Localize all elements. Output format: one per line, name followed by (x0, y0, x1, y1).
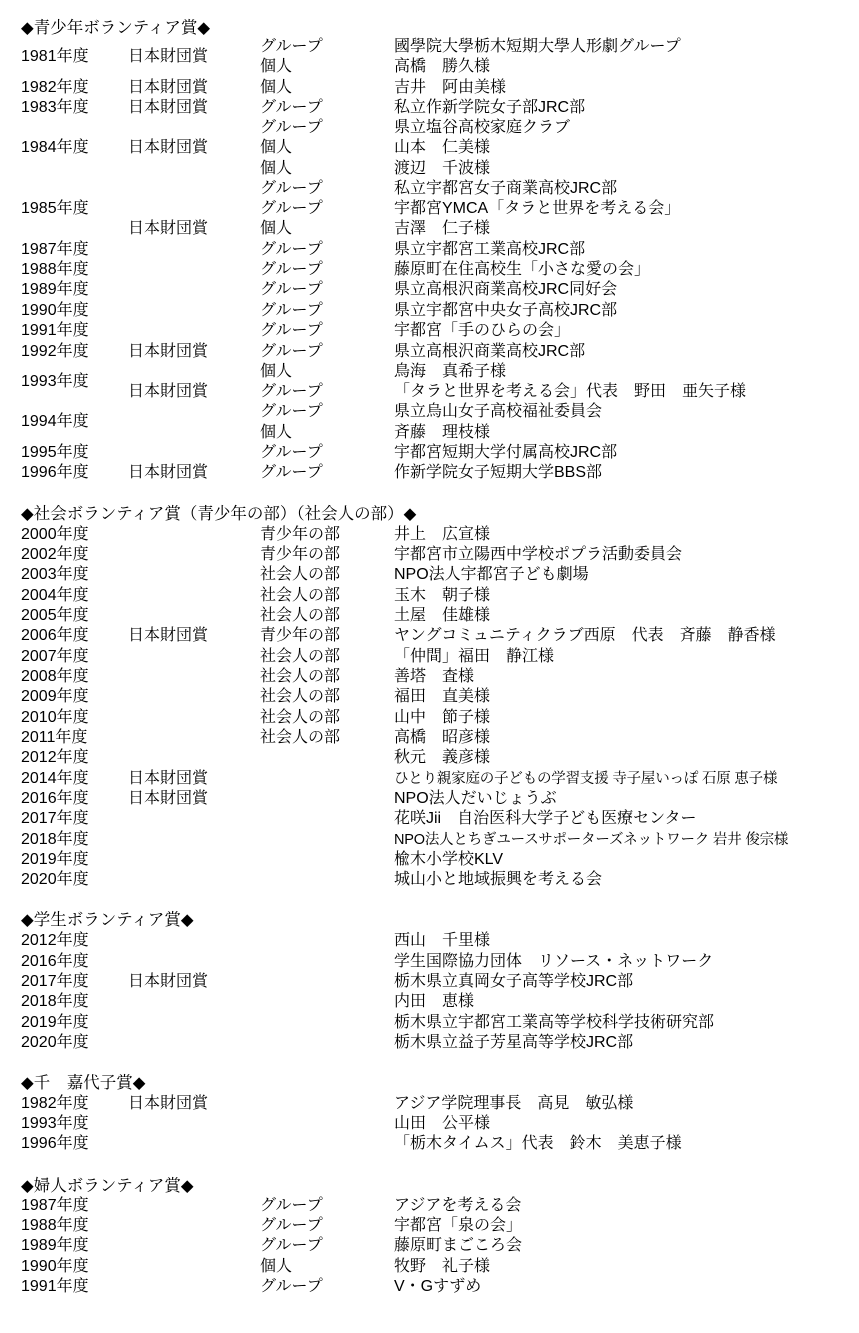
category-label: グループ (260, 118, 323, 138)
recipient-name: 善塔 査様 (394, 667, 474, 687)
year-label: 2019年度 (21, 850, 89, 870)
category-label: 個人 (260, 57, 292, 77)
recipient-name: 「タラと世界を考える会」代表 野田 亜矢子様 (394, 382, 746, 402)
recipient-name: 土屋 佳雄様 (394, 606, 490, 626)
category-label: グループ (260, 1216, 323, 1236)
recipient-name: NPO法人とちぎユースサポーターズネットワーク 岩井 俊宗様 (394, 830, 788, 850)
recipient-name: 楡木小学校KLV (394, 850, 503, 870)
recipient-name: 作新学院女子短期大学BBS部 (394, 463, 602, 483)
section-title: ◆社会ボランティア賞（青少年の部）（社会人の部）◆ (21, 504, 416, 524)
recipient-name: 「栃木タイムス」代表 鈴木 美恵子様 (394, 1134, 682, 1154)
category-label: グループ (260, 443, 323, 463)
recipient-name: V・Gすずめ (394, 1277, 481, 1297)
recipient-name: 宇都宮短期大学付属高校JRC部 (394, 443, 617, 463)
award-label: 日本財団賞 (128, 219, 208, 239)
recipient-name: アジアを考える会 (394, 1196, 521, 1216)
year-label: 2012年度 (21, 931, 89, 951)
section-title: ◆婦人ボランティア賞◆ (21, 1176, 194, 1196)
recipient-name: 県立宇都宮中央女子高校JRC部 (394, 301, 617, 321)
year-label: 1988年度 (21, 260, 89, 280)
recipient-name: アジア学院理事長 高見 敏弘様 (394, 1094, 633, 1114)
category-label: グループ (260, 1277, 323, 1297)
year-label: 1990年度 (21, 301, 89, 321)
year-label: 2017年度 (21, 809, 89, 829)
year-label: 1982年度 (21, 1094, 89, 1114)
year-label: 1984年度 (21, 138, 89, 158)
recipient-name: 学生国際協力団体 リソース・ネットワーク (394, 952, 713, 972)
year-label: 1987年度 (21, 1196, 89, 1216)
award-label: 日本財団賞 (128, 972, 208, 992)
year-label: 1996年度 (21, 463, 89, 483)
section-title: ◆青少年ボランティア賞◆ (21, 18, 210, 38)
category-label: 社会人の部 (260, 586, 340, 606)
year-label: 1983年度 (21, 98, 89, 118)
category-label: 個人 (260, 159, 292, 179)
category-label: 個人 (260, 1257, 292, 1277)
category-label: 社会人の部 (260, 667, 340, 687)
recipient-name: 山本 仁美様 (394, 138, 490, 158)
category-label: グループ (260, 301, 323, 321)
award-label: 日本財団賞 (128, 138, 208, 158)
year-label: 1991年度 (21, 321, 89, 341)
year-label: 1993年度 (21, 1114, 89, 1134)
year-label: 1994年度 (21, 412, 89, 432)
recipient-name: 「仲間」福田 静江様 (394, 647, 554, 667)
award-label: 日本財団賞 (128, 382, 208, 402)
category-label: グループ (260, 260, 323, 280)
recipient-name: 渡辺 千波様 (394, 159, 490, 179)
category-label: 青少年の部 (260, 525, 340, 545)
award-label: 日本財団賞 (128, 98, 208, 118)
recipient-name: ヤングコミュニティクラブ西原 代表 斉藤 静香様 (394, 626, 776, 646)
year-label: 2005年度 (21, 606, 89, 626)
category-label: グループ (260, 240, 323, 260)
recipient-name: 花咲Jii 自治医科大学子ども医療センター (394, 809, 696, 829)
category-label: 青少年の部 (260, 545, 340, 565)
category-label: 社会人の部 (260, 647, 340, 667)
category-label: グループ (260, 321, 323, 341)
year-label: 1991年度 (21, 1277, 89, 1297)
year-label: 1989年度 (21, 1236, 89, 1256)
award-label: 日本財団賞 (128, 769, 208, 789)
recipient-name: 山中 節子様 (394, 708, 490, 728)
category-label: 個人 (260, 138, 292, 158)
recipient-name: 牧野 礼子様 (394, 1257, 490, 1277)
recipient-name: 國學院大學栃木短期大學人形劇グループ (394, 37, 681, 57)
recipient-name: 県立宇都宮工業高校JRC部 (394, 240, 585, 260)
section-title: ◆千 嘉代子賞◆ (21, 1073, 145, 1093)
recipient-name: 藤原町まごころ会 (394, 1236, 522, 1256)
year-label: 2003年度 (21, 565, 89, 585)
category-label: グループ (260, 37, 323, 57)
recipient-name: NPO法人だいじょうぶ (394, 789, 557, 809)
recipient-name: 私立宇都宮女子商業高校JRC部 (394, 179, 617, 199)
category-label: グループ (260, 402, 323, 422)
category-label: グループ (260, 199, 323, 219)
award-label: 日本財団賞 (128, 1094, 208, 1114)
recipient-name: 内田 恵様 (394, 992, 474, 1012)
recipient-name: 私立作新学院女子部JRC部 (394, 98, 585, 118)
recipient-name: ひとり親家庭の子どもの学習支援 寺子屋いっぽ 石原 恵子様 (394, 769, 777, 789)
award-label: 日本財団賞 (128, 626, 208, 646)
category-label: 社会人の部 (260, 728, 340, 748)
recipient-name: 栃木県立益子芳星高等学校JRC部 (394, 1033, 633, 1053)
year-label: 2020年度 (21, 870, 89, 890)
category-label: 個人 (260, 219, 292, 239)
category-label: 個人 (260, 362, 292, 382)
award-history-document: ◆青少年ボランティア賞◆1981年度日本財団賞1982年度日本財団賞1983年度… (0, 0, 859, 1333)
recipient-name: 福田 直美様 (394, 687, 490, 707)
recipient-name: 県立烏山女子高校福祉委員会 (394, 402, 602, 422)
year-label: 2000年度 (21, 525, 89, 545)
year-label: 2020年度 (21, 1033, 89, 1053)
year-label: 2018年度 (21, 830, 89, 850)
recipient-name: 栃木県立真岡女子高等学校JRC部 (394, 972, 633, 992)
recipient-name: 城山小と地域振興を考える会 (394, 870, 602, 890)
award-label: 日本財団賞 (128, 342, 208, 362)
recipient-name: NPO法人宇都宮子ども劇場 (394, 565, 589, 585)
recipient-name: 西山 千里様 (394, 931, 490, 951)
category-label: 個人 (260, 423, 292, 443)
recipient-name: 玉木 朝子様 (394, 586, 490, 606)
category-label: グループ (260, 1236, 323, 1256)
recipient-name: 秋元 義彦様 (394, 748, 490, 768)
category-label: グループ (260, 98, 323, 118)
recipient-name: 栃木県立宇都宮工業高等学校科学技術研究部 (394, 1013, 714, 1033)
year-label: 1988年度 (21, 1216, 89, 1236)
category-label: 社会人の部 (260, 606, 340, 626)
year-label: 1990年度 (21, 1257, 89, 1277)
category-label: 青少年の部 (260, 626, 340, 646)
recipient-name: 県立高根沢商業高校JRC同好会 (394, 280, 617, 300)
year-label: 1981年度 (21, 47, 89, 67)
year-label: 2008年度 (21, 667, 89, 687)
year-label: 2016年度 (21, 952, 89, 972)
recipient-name: 高橋 勝久様 (394, 57, 490, 77)
category-label: 社会人の部 (260, 565, 340, 585)
award-label: 日本財団賞 (128, 463, 208, 483)
year-label: 2019年度 (21, 1013, 89, 1033)
recipient-name: 県立高根沢商業高校JRC部 (394, 342, 585, 362)
award-label: 日本財団賞 (128, 789, 208, 809)
year-label: 2012年度 (21, 748, 89, 768)
recipient-name: 宇都宮YMCA「タラと世界を考える会」 (394, 199, 680, 219)
recipient-name: 斉藤 理枝様 (394, 423, 490, 443)
category-label: 社会人の部 (260, 687, 340, 707)
year-label: 2017年度 (21, 972, 89, 992)
category-label: グループ (260, 280, 323, 300)
year-label: 1989年度 (21, 280, 89, 300)
recipient-name: 高橋 昭彦様 (394, 728, 490, 748)
year-label: 2007年度 (21, 647, 89, 667)
year-label: 2011年度 (21, 728, 87, 748)
category-label: グループ (260, 342, 323, 362)
year-label: 1992年度 (21, 342, 89, 362)
year-label: 2006年度 (21, 626, 89, 646)
recipient-name: 鳥海 真希子様 (394, 362, 506, 382)
category-label: グループ (260, 382, 323, 402)
section-title: ◆学生ボランティア賞◆ (21, 910, 194, 930)
year-label: 2004年度 (21, 586, 89, 606)
year-label: 2002年度 (21, 545, 89, 565)
year-label: 1993年度 (21, 372, 89, 392)
recipient-name: 井上 広宣様 (394, 525, 490, 545)
year-label: 2018年度 (21, 992, 89, 1012)
recipient-name: 吉澤 仁子様 (394, 219, 490, 239)
recipient-name: 藤原町在住高校生「小さな愛の会」 (394, 260, 650, 280)
recipient-name: 宇都宮「手のひらの会」 (394, 321, 570, 341)
year-label: 2014年度 (21, 769, 89, 789)
recipient-name: 宇都宮「泉の会」 (394, 1216, 522, 1236)
year-label: 1996年度 (21, 1134, 89, 1154)
recipient-name: 県立塩谷高校家庭クラブ (394, 118, 570, 138)
recipient-name: 宇都宮市立陽西中学校ポプラ活動委員会 (394, 545, 682, 565)
category-label: 社会人の部 (260, 708, 340, 728)
year-label: 2010年度 (21, 708, 89, 728)
award-label: 日本財団賞 (128, 47, 208, 67)
award-label: 日本財団賞 (128, 78, 208, 98)
category-label: グループ (260, 1196, 323, 1216)
category-label: グループ (260, 179, 323, 199)
year-label: 2016年度 (21, 789, 89, 809)
recipient-name: 吉井 阿由美様 (394, 78, 506, 98)
year-label: 1995年度 (21, 443, 89, 463)
category-label: グループ (260, 463, 323, 483)
recipient-name: 山田 公平様 (394, 1114, 490, 1134)
year-label: 1985年度 (21, 199, 89, 219)
year-label: 2009年度 (21, 687, 89, 707)
year-label: 1987年度 (21, 240, 89, 260)
year-label: 1982年度 (21, 78, 89, 98)
category-label: 個人 (260, 78, 292, 98)
